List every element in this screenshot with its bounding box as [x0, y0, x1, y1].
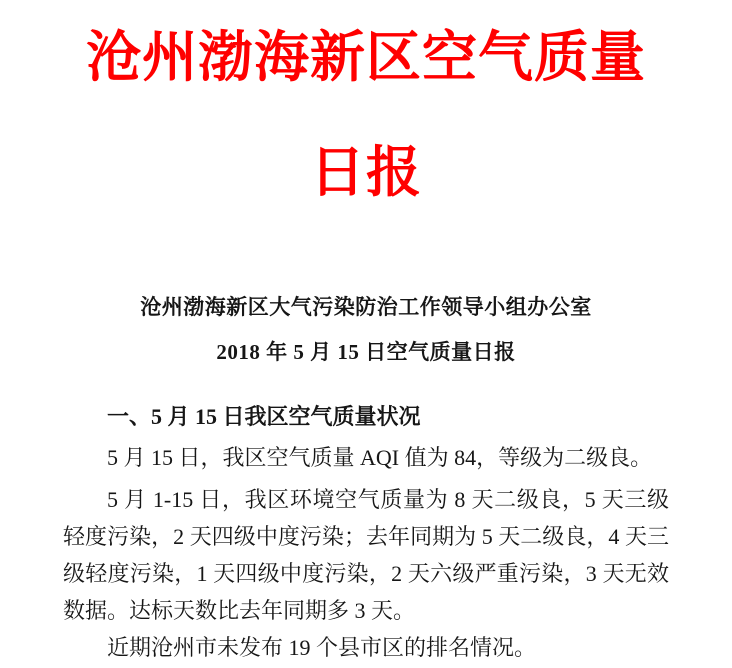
paragraph-aqi-summary: 5 月 15 日，我区空气质量 AQI 值为 84，等级为二级良。: [63, 439, 669, 476]
section-heading-air-quality-status: 一、5 月 15 日我区空气质量状况: [63, 398, 669, 435]
document-title-line-1: 沧州渤海新区空气质量: [63, 0, 669, 115]
document-title: 沧州渤海新区空气质量 日报: [63, 0, 669, 230]
issuing-organization: 沧州渤海新区大气污染防治工作领导小组办公室: [63, 292, 669, 322]
paragraph-monthly-comparison: 5 月 1-15 日，我区环境空气质量为 8 天二级良，5 天三级轻度污染，2 …: [63, 481, 669, 629]
paragraph-ranking-note: 近期沧州市未发布 19 个县市区的排名情况。: [63, 629, 669, 666]
document-page: 沧州渤海新区空气质量 日报 沧州渤海新区大气污染防治工作领导小组办公室 2018…: [0, 0, 732, 668]
document-title-line-2: 日报: [63, 115, 669, 230]
report-date-title: 2018 年 5 月 15 日空气质量日报: [63, 337, 669, 367]
